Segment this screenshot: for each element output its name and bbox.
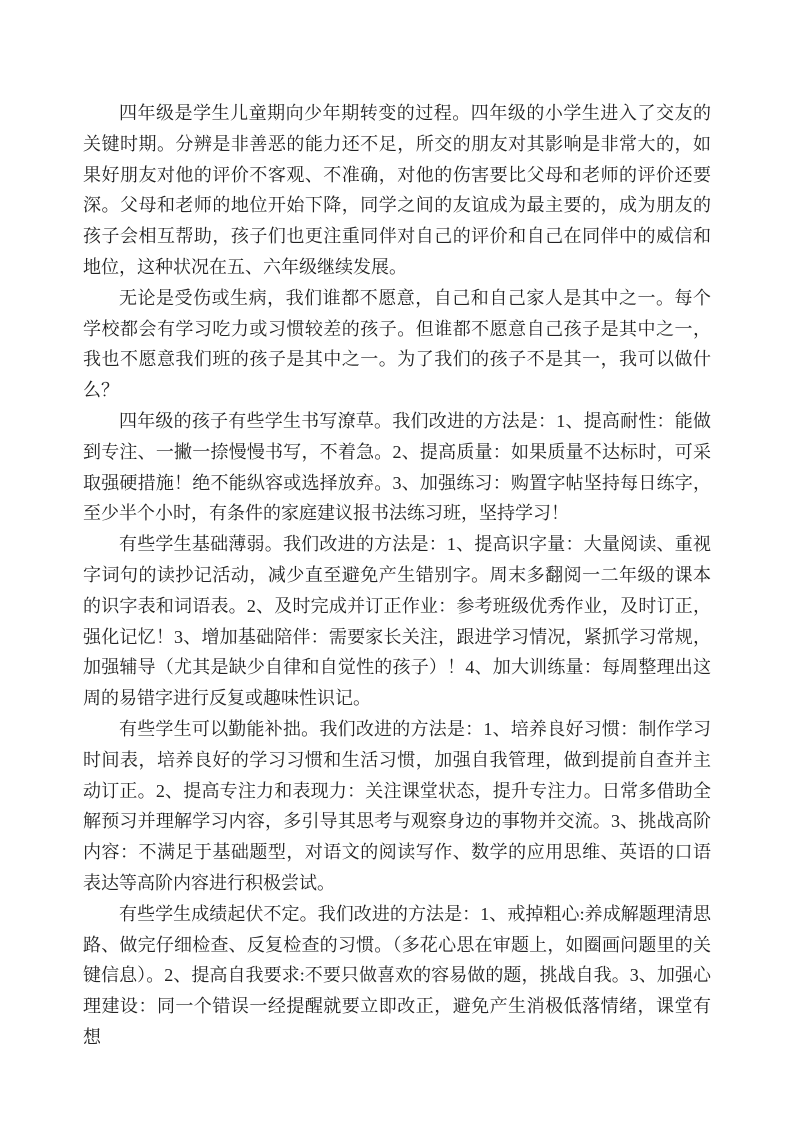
paragraph-4: 有些学生基础薄弱。我们改进的方法是：1、提高识字量：大量阅读、重视字词句的读抄记… [83, 529, 711, 714]
paragraph-1: 四年级是学生儿童期向少年期转变的过程。四年级的小学生进入了交友的关键时期。分辨是… [83, 98, 711, 283]
document-page: 四年级是学生儿童期向少年期转变的过程。四年级的小学生进入了交友的关键时期。分辨是… [0, 0, 793, 1122]
paragraph-5: 有些学生可以勤能补拙。我们改进的方法是：1、培养良好习惯：制作学习时间表，培养良… [83, 714, 711, 899]
paragraph-2: 无论是受伤或生病，我们谁都不愿意，自己和自己家人是其中之一。每个学校都会有学习吃… [83, 283, 711, 406]
document-body: 四年级是学生儿童期向少年期转变的过程。四年级的小学生进入了交友的关键时期。分辨是… [83, 98, 711, 1053]
paragraph-3: 四年级的孩子有些学生书写潦草。我们改进的方法是：1、提高耐性：能做到专注、一撇一… [83, 406, 711, 529]
paragraph-6: 有些学生成绩起伏不定。我们改进的方法是：1、戒掉粗心:养成解题理清思路、做完仔细… [83, 899, 711, 1053]
